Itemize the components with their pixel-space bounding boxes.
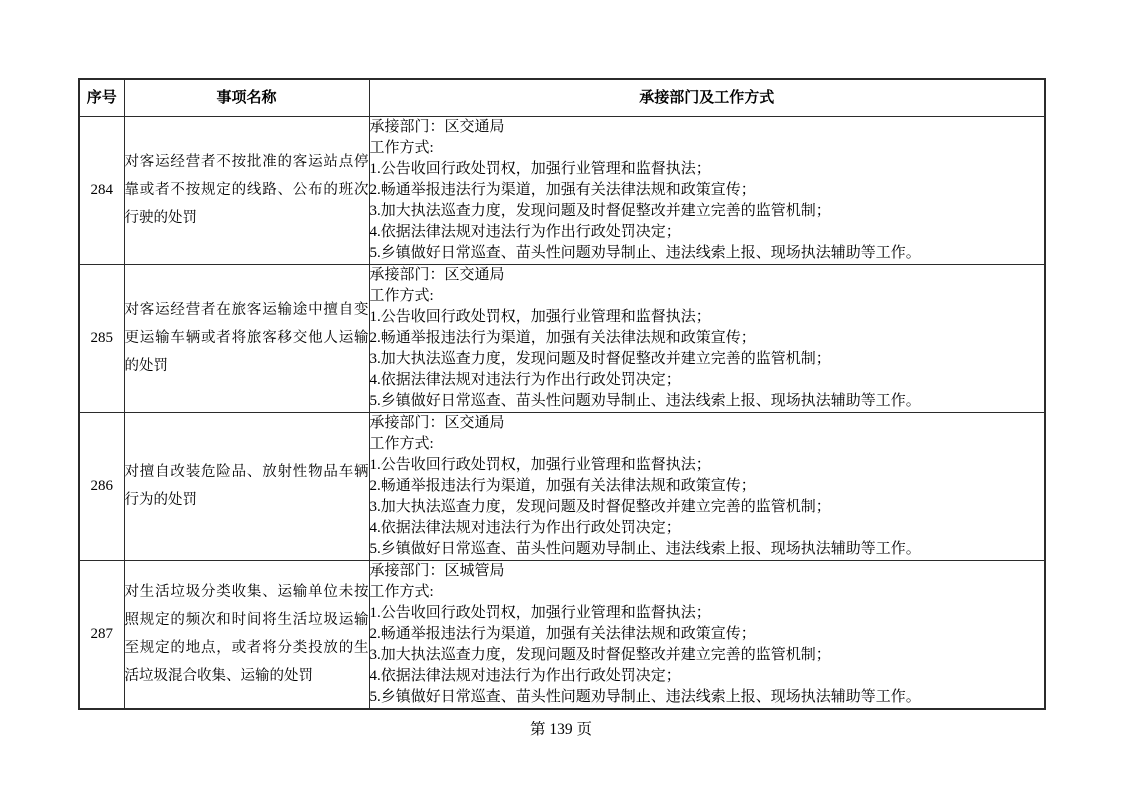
method-cell: 承接部门：区交通局工作方式:1.公告收回行政处罚权，加强行业管理和监督执法；2.… [369, 116, 1045, 264]
item-name: 对擅自改装危险品、放射性物品车辆行为的处罚 [125, 458, 369, 514]
method-cell: 承接部门：区交通局工作方式:1.公告收回行政处罚权，加强行业管理和监督执法；2.… [369, 264, 1045, 412]
item-name: 对客运经营者不按批准的客运站点停靠或者不按规定的线路、公布的班次行驶的处罚 [125, 148, 369, 232]
item-name-cell: 对擅自改装危险品、放射性物品车辆行为的处罚 [124, 412, 369, 560]
item-name-cell: 对客运经营者不按批准的客运站点停靠或者不按规定的线路、公布的班次行驶的处罚 [124, 116, 369, 264]
row-index: 286 [79, 412, 124, 560]
method-item: 2.畅通举报违法行为渠道，加强有关法律法规和政策宣传； [370, 328, 1045, 349]
item-name: 对生活垃圾分类收集、运输单位未按照规定的频次和时间将生活垃圾运输至规定的地点，或… [125, 578, 369, 690]
method-item: 3.加大执法巡查力度，发现问题及时督促整改并建立完善的监管机制； [370, 497, 1045, 518]
method-item: 2.畅通举报违法行为渠道，加强有关法律法规和政策宣传； [370, 180, 1045, 201]
method-item: 3.加大执法巡查力度，发现问题及时督促整改并建立完善的监管机制； [370, 645, 1045, 666]
col-header-index: 序号 [79, 79, 124, 116]
method-item: 3.加大执法巡查力度，发现问题及时督促整改并建立完善的监管机制； [370, 201, 1045, 222]
method-label: 工作方式: [370, 582, 1045, 603]
col-header-item-name: 事项名称 [124, 79, 369, 116]
document-page: 序号 事项名称 承接部门及工作方式 284对客运经营者不按批准的客运站点停靠或者… [0, 0, 1122, 793]
method-cell: 承接部门：区城管局工作方式:1.公告收回行政处罚权，加强行业管理和监督执法；2.… [369, 560, 1045, 709]
department-line: 承接部门：区交通局 [370, 265, 1045, 286]
method-item: 5.乡镇做好日常巡查、苗头性问题劝导制止、违法线索上报、现场执法辅助等工作。 [370, 391, 1045, 412]
table-row: 287对生活垃圾分类收集、运输单位未按照规定的频次和时间将生活垃圾运输至规定的地… [79, 560, 1045, 709]
item-name: 对客运经营者在旅客运输途中擅自变更运输车辆或者将旅客移交他人运输的处罚 [125, 296, 369, 380]
method-item: 1.公告收回行政处罚权，加强行业管理和监督执法； [370, 307, 1045, 328]
method-cell: 承接部门：区交通局工作方式:1.公告收回行政处罚权，加强行业管理和监督执法；2.… [369, 412, 1045, 560]
method-item: 2.畅通举报违法行为渠道，加强有关法律法规和政策宣传； [370, 476, 1045, 497]
row-index: 287 [79, 560, 124, 709]
method-item: 3.加大执法巡查力度，发现问题及时督促整改并建立完善的监管机制； [370, 349, 1045, 370]
header-row: 序号 事项名称 承接部门及工作方式 [79, 79, 1045, 116]
col-header-department-method: 承接部门及工作方式 [369, 79, 1045, 116]
page-number: 第 139 页 [0, 719, 1122, 741]
method-item: 4.依据法律法规对违法行为作出行政处罚决定； [370, 666, 1045, 687]
department-line: 承接部门：区交通局 [370, 413, 1045, 434]
table-header: 序号 事项名称 承接部门及工作方式 [79, 79, 1045, 116]
table-row: 286对擅自改装危险品、放射性物品车辆行为的处罚承接部门：区交通局工作方式:1.… [79, 412, 1045, 560]
method-item: 1.公告收回行政处罚权，加强行业管理和监督执法； [370, 455, 1045, 476]
table-body: 284对客运经营者不按批准的客运站点停靠或者不按规定的线路、公布的班次行驶的处罚… [79, 116, 1045, 709]
method-label: 工作方式: [370, 434, 1045, 455]
method-item: 4.依据法律法规对违法行为作出行政处罚决定； [370, 222, 1045, 243]
method-item: 5.乡镇做好日常巡查、苗头性问题劝导制止、违法线索上报、现场执法辅助等工作。 [370, 687, 1045, 708]
matters-table: 序号 事项名称 承接部门及工作方式 284对客运经营者不按批准的客运站点停靠或者… [78, 78, 1046, 710]
method-label: 工作方式: [370, 138, 1045, 159]
table-row: 284对客运经营者不按批准的客运站点停靠或者不按规定的线路、公布的班次行驶的处罚… [79, 116, 1045, 264]
method-label: 工作方式: [370, 286, 1045, 307]
method-item: 5.乡镇做好日常巡查、苗头性问题劝导制止、违法线索上报、现场执法辅助等工作。 [370, 539, 1045, 560]
department-line: 承接部门：区交通局 [370, 117, 1045, 138]
table-row: 285对客运经营者在旅客运输途中擅自变更运输车辆或者将旅客移交他人运输的处罚承接… [79, 264, 1045, 412]
item-name-cell: 对生活垃圾分类收集、运输单位未按照规定的频次和时间将生活垃圾运输至规定的地点，或… [124, 560, 369, 709]
method-item: 1.公告收回行政处罚权，加强行业管理和监督执法； [370, 159, 1045, 180]
method-item: 4.依据法律法规对违法行为作出行政处罚决定； [370, 518, 1045, 539]
row-index: 284 [79, 116, 124, 264]
method-item: 5.乡镇做好日常巡查、苗头性问题劝导制止、违法线索上报、现场执法辅助等工作。 [370, 243, 1045, 264]
department-line: 承接部门：区城管局 [370, 561, 1045, 582]
method-item: 1.公告收回行政处罚权，加强行业管理和监督执法； [370, 603, 1045, 624]
item-name-cell: 对客运经营者在旅客运输途中擅自变更运输车辆或者将旅客移交他人运输的处罚 [124, 264, 369, 412]
row-index: 285 [79, 264, 124, 412]
method-item: 4.依据法律法规对违法行为作出行政处罚决定； [370, 370, 1045, 391]
method-item: 2.畅通举报违法行为渠道，加强有关法律法规和政策宣传； [370, 624, 1045, 645]
